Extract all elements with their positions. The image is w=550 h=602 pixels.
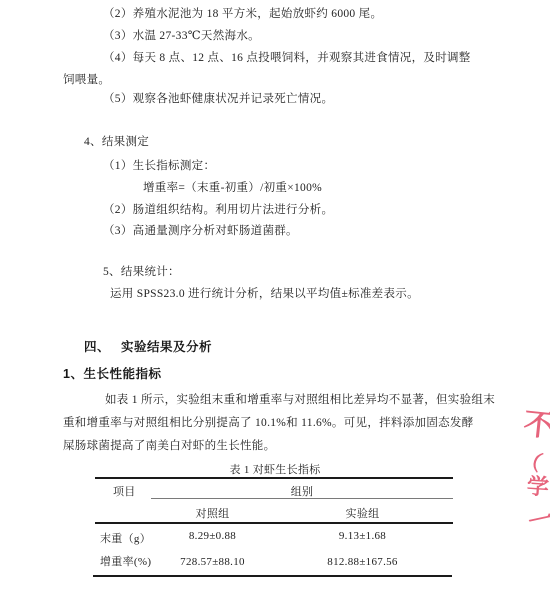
table-top-rule xyxy=(95,477,453,479)
table-header-group: 组别 xyxy=(151,483,453,499)
handwriting-red-mark: 学 xyxy=(526,469,550,501)
section4-item-1: （1）生长指标测定： xyxy=(103,159,215,173)
handwriting-red-mark: 一 xyxy=(524,498,550,540)
section5-heading: 5、结果统计： xyxy=(103,265,180,279)
method-step-4-continuation: 饲喂量。 xyxy=(63,73,110,87)
results-heading-number: 四、 xyxy=(84,337,110,355)
table-header-rule xyxy=(95,522,453,524)
table-caption: 表 1 对虾生长指标 xyxy=(95,461,455,477)
handwriting-red-mark: 不 xyxy=(522,399,550,446)
results-paragraph-line-1: 如表 1 所示，实验组末重和增重率与对照组相比差异均不显著，但实验组末 xyxy=(105,393,495,407)
scanned-document-page: （2）养殖水泥池为 18 平方米，起始放虾约 6000 尾。 （3）水温 27-… xyxy=(0,0,550,602)
section4-heading: 4、结果测定 xyxy=(84,135,149,149)
table-header-item: 项目 xyxy=(113,483,136,499)
growth-performance-subheading: 1、生长性能指标 xyxy=(63,364,161,382)
section4-item-3: （3）高通量测序分析对虾肠道菌群。 xyxy=(103,224,298,238)
table-cell-control: 8.29±0.88 xyxy=(140,530,285,542)
growth-rate-formula: 增重率=（末重-初重）/初重×100% xyxy=(143,181,322,195)
method-step-5: （5）观察各池虾健康状况并记录死亡情况。 xyxy=(103,92,333,106)
table-cell-control: 728.57±88.10 xyxy=(140,556,285,568)
results-paragraph-line-2: 重和增重率与对照组相比分别提高了 10.1%和 11.6%。可见，拌料添加固态发… xyxy=(63,416,474,430)
section4-item-2: （2）肠道组织结构。利用切片法进行分析。 xyxy=(103,203,333,217)
table-subheader-experiment: 实验组 xyxy=(290,505,435,521)
section5-body: 运用 SPSS23.0 进行统计分析，结果以平均值±标准差表示。 xyxy=(110,287,419,301)
table-cell-experiment: 9.13±1.68 xyxy=(290,530,435,542)
results-heading-title: 实验结果及分析 xyxy=(121,337,212,355)
method-step-4: （4）每天 8 点、12 点、16 点投喂饲料，并观察其进食情况，及时调整 xyxy=(103,51,471,65)
method-step-3: （3）水温 27-33℃天然海水。 xyxy=(103,29,260,43)
table-subheader-control: 对照组 xyxy=(140,505,285,521)
method-step-2: （2）养殖水泥池为 18 平方米，起始放虾约 6000 尾。 xyxy=(103,7,382,21)
table-bottom-rule xyxy=(93,575,452,577)
results-paragraph-line-3: 屎肠球菌提高了南美白对虾的生长性能。 xyxy=(63,439,275,453)
table-cell-experiment: 812.88±167.56 xyxy=(290,556,435,568)
